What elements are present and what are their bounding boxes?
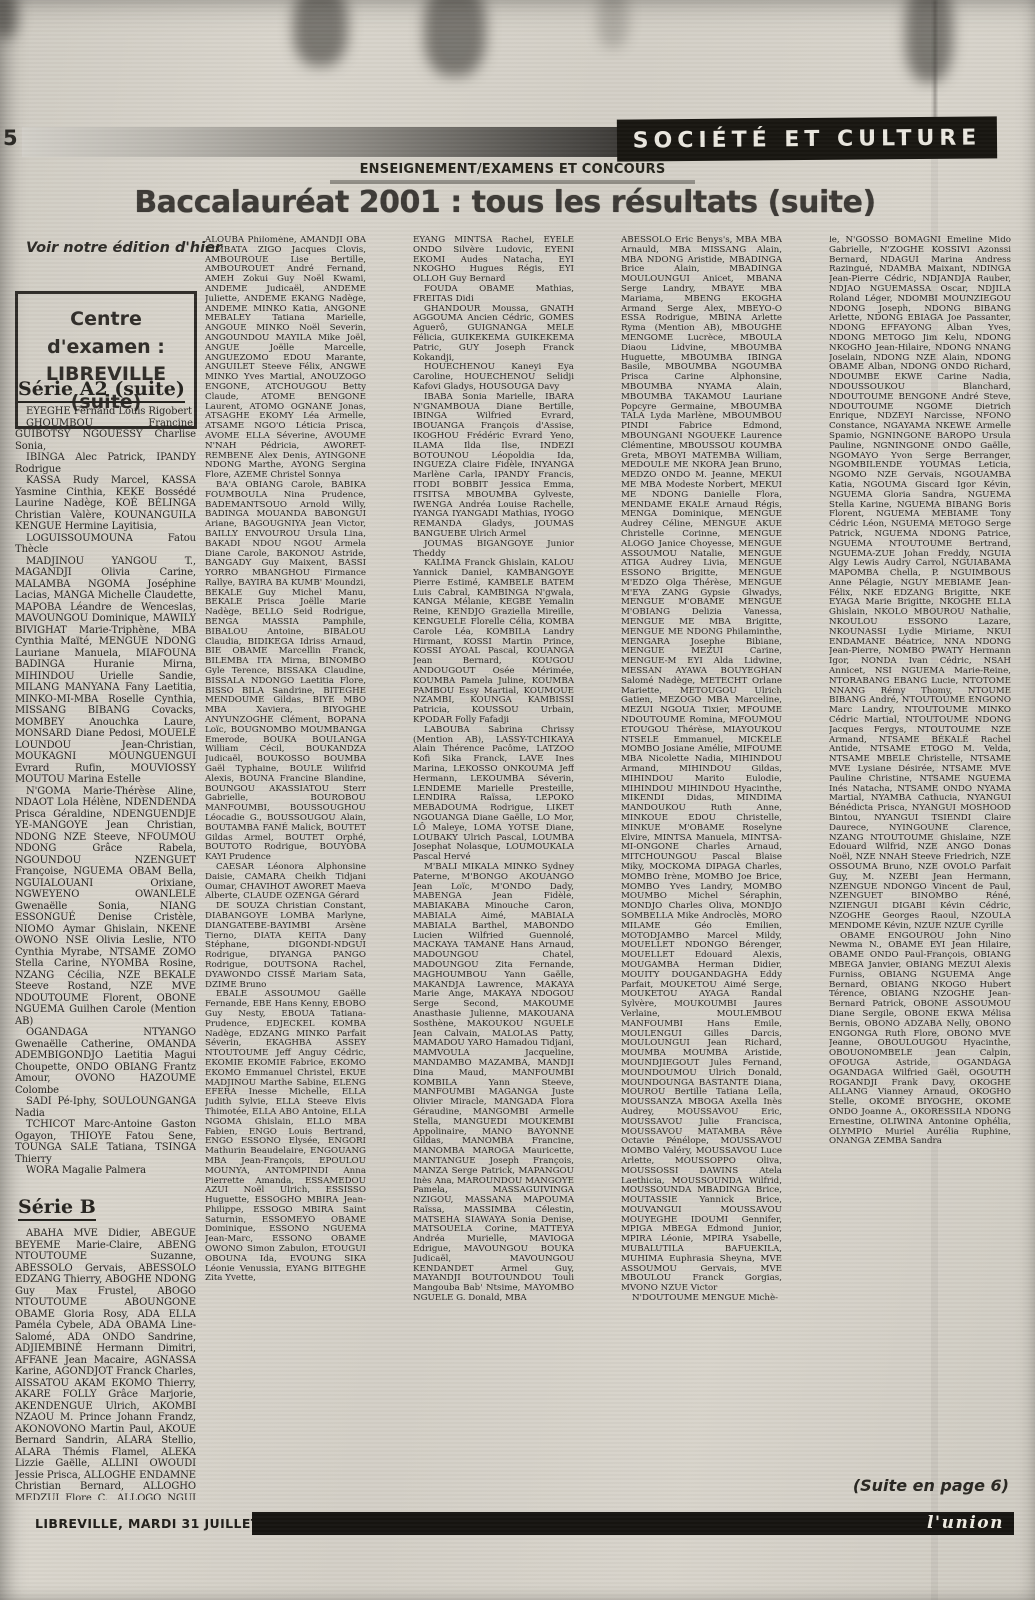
- newspaper-page: 5 SOCIÉTÉ ET CULTURE ENSEIGNEMENT/EXAMEN…: [0, 0, 1035, 1600]
- results-paragraph: EBALE ASSOUMOU Gaëlle Fernande, EBE Hans…: [205, 990, 366, 1284]
- results-paragraph: LOGUISSOUMOUNA Fatou Thècle: [15, 533, 196, 556]
- section-banner: SOCIÉTÉ ET CULTURE: [617, 116, 997, 161]
- results-paragraph: JOUMAS BIGANGOYE Junior Theddy: [413, 540, 574, 560]
- rubric: ENSEIGNEMENT/EXAMENS ET CONCOURS: [330, 162, 695, 184]
- header-gradient-rule: [22, 127, 622, 157]
- results-paragraph: ABESSOLO Eric Benys's, MBA MBA Arnauld, …: [621, 236, 782, 1294]
- results-paragraph: DE SOUZA Christian Constant, DIABANGOYE …: [205, 902, 366, 990]
- results-paragraph: KASSA Rudy Marcel, KASSA Yasmine Cinthia…: [15, 475, 196, 533]
- scan-smudge: [905, 0, 953, 82]
- results-paragraph: BA'A OBIANG Carole, BABIKA FOUMBOULA Nin…: [205, 481, 366, 863]
- results-paragraph: CAESAR Léonora Alphonsine Daisie, CAMARA…: [205, 863, 366, 902]
- results-paragraph: le, N'GOSSO BOMAGNI Emeline Mido Gabriel…: [829, 236, 1011, 932]
- continuation-note: (Suite en page 6): [853, 1476, 1009, 1495]
- results-column-5: le, N'GOSSO BOMAGNI Emeline Mido Gabriel…: [829, 236, 1011, 1476]
- results-paragraph: LABOUBA Sabrina Chrissy (Mention AB), LA…: [413, 726, 574, 863]
- page-number: 5: [3, 126, 18, 150]
- scan-smudge: [293, 0, 348, 66]
- results-paragraph: ALOUBA Philomène, AMANDJI OBA KIMBATA ZI…: [205, 236, 366, 481]
- results-paragraph: FOUDA OBAME Mathias, FREITAS Didi: [413, 285, 574, 305]
- scan-smudge: [424, 0, 486, 76]
- serie-b-heading: Série B: [18, 1196, 96, 1221]
- results-paragraph: N'DOUTOUME MENGUE Michè-: [621, 1294, 782, 1304]
- results-column-2: ALOUBA Philomène, AMANDJI OBA KIMBATA ZI…: [205, 236, 366, 1508]
- scan-smudge: [597, 0, 629, 48]
- newspaper-brand: l'union: [927, 1513, 1004, 1533]
- rubric-label: ENSEIGNEMENT/EXAMENS ET CONCOURS: [330, 162, 695, 177]
- edition-note: Voir notre édition d'hier: [26, 240, 222, 256]
- results-column-1-serie-b: ABAHA MVE Didier, ABEGUE BEYEME Marie-Cl…: [15, 1228, 196, 1500]
- scan-smudge: [0, 0, 18, 38]
- results-paragraph: M'BALI MIKALA MINKO Sydney Paterne, M'BO…: [413, 863, 574, 1304]
- results-paragraph: KALIMA Franck Ghislain, KALOU Yannick Da…: [413, 559, 574, 726]
- results-column-4: ABESSOLO Eric Benys's, MBA MBA Arnauld, …: [621, 236, 782, 1508]
- results-paragraph: EYANG MINTSA Rachel, EYELE ONDO Silvère …: [413, 236, 574, 285]
- rubric-underline: [330, 180, 695, 184]
- results-column-1-serie-a2: EYEGHE Fernand Louis Rigobert GHOUMBOU F…: [15, 406, 196, 1186]
- results-paragraph: TCHICOT Marc-Antoine Gaston Ogayon, THIO…: [15, 1119, 196, 1165]
- results-paragraph: SADI Pé-Iphy, SOULOUNGANGA Nadia: [15, 1096, 196, 1119]
- serie-a2-heading: Série A2 (suite): [18, 378, 185, 403]
- results-paragraph: N'GOMA Marie-Thérèse Aline, NDAOT Lola H…: [15, 786, 196, 1028]
- results-column-3: EYANG MINTSA Rachel, EYELE ONDO Silvère …: [413, 236, 574, 1508]
- results-paragraph: GHANDOUR Moussa, GNATH AGGOUMA Ancien Cé…: [413, 305, 574, 364]
- section-banner-label: SOCIÉTÉ ET CULTURE: [633, 125, 982, 153]
- results-paragraph: OGANDAGA NTYANGO Gwenaëlle Catherine, OM…: [15, 1027, 196, 1096]
- results-paragraph: IBINGA Alec Patrick, IPANDY Rodrigue: [15, 452, 196, 475]
- results-paragraph: GHOUMBOU Francine, GUIBOTSY NGOUESSY Cha…: [15, 418, 196, 453]
- exam-center-label: Centre d'examen :: [20, 306, 192, 361]
- results-paragraph: IBABA Sonia Marielle, IBARA N'GNAMBOUA D…: [413, 393, 574, 540]
- footer-bar: l'union: [252, 1512, 1014, 1535]
- results-paragraph: OBAME ENGOUROU John Nino Newma N., OBAME…: [829, 932, 1011, 1148]
- page-title: Baccalauréat 2001 : tous les résultats (…: [100, 185, 910, 220]
- results-paragraph: ABAHA MVE Didier, ABEGUE BEYEME Marie-Cl…: [15, 1228, 196, 1500]
- results-paragraph: MADJINOU YANGOU T., MAGANDJI Olivia Cari…: [15, 556, 196, 786]
- results-paragraph: EYEGHE Fernand Louis Rigobert: [15, 406, 196, 418]
- results-paragraph: WORA Magalie Palmera: [15, 1165, 196, 1177]
- results-paragraph: HOUECHENOU Kaneyi Eya Caroline, HOUECHEN…: [413, 363, 574, 392]
